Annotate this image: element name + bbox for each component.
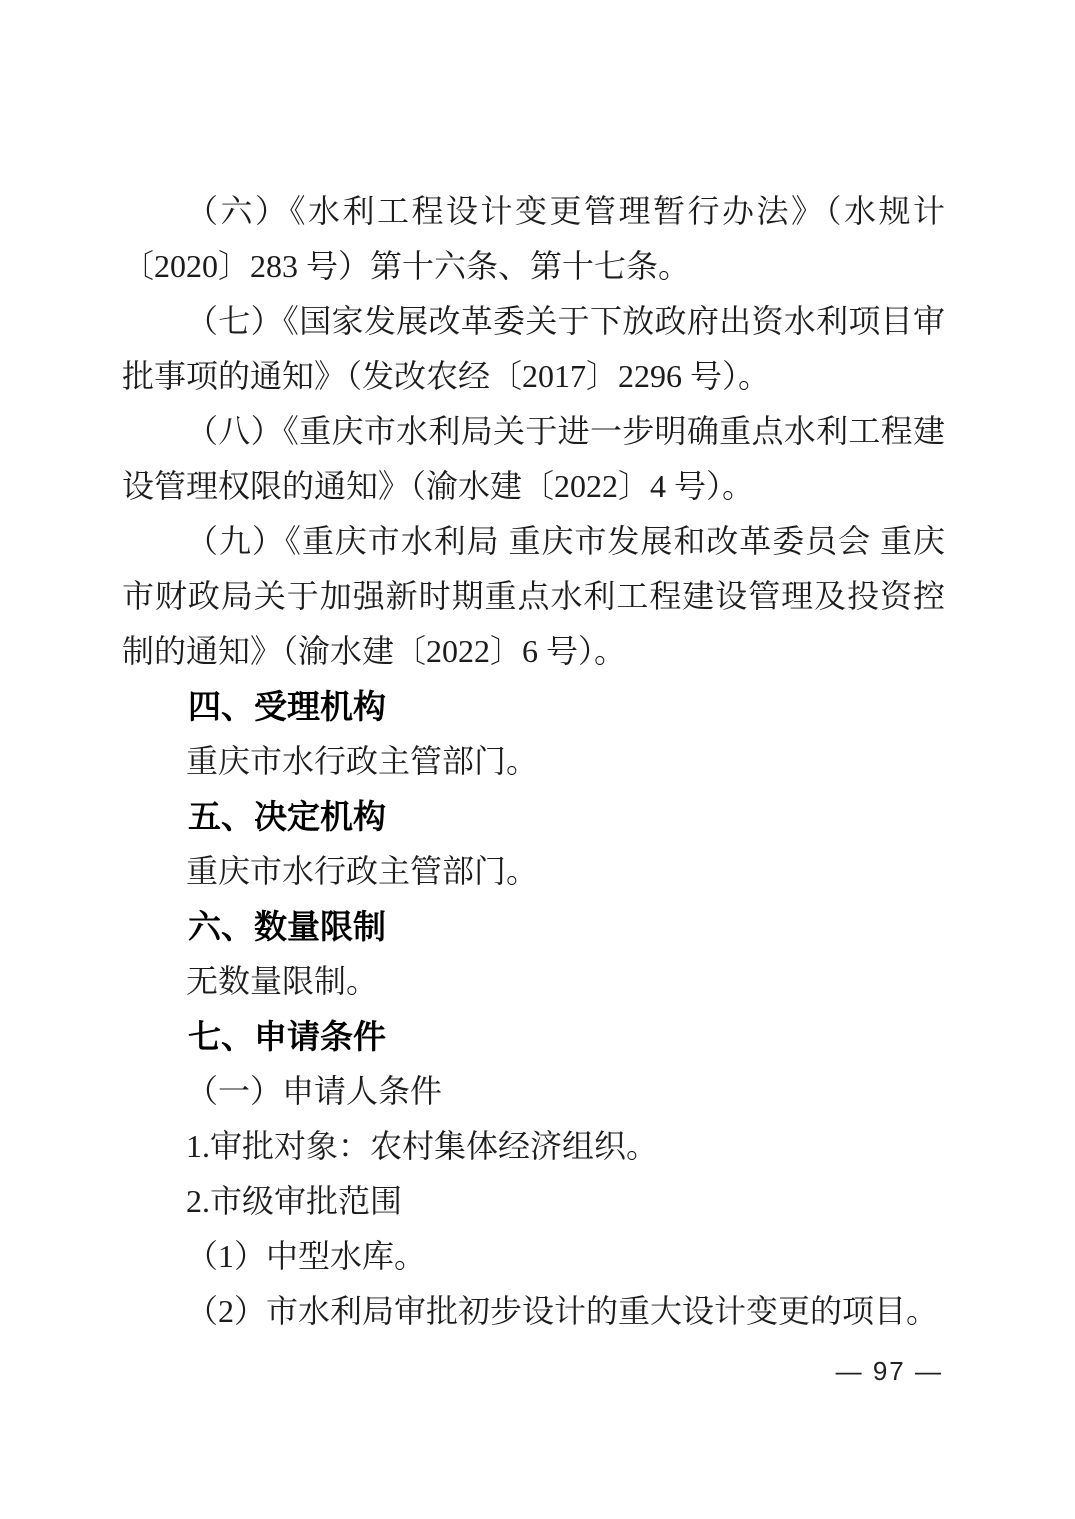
section-heading-accepting-org: 四、受理机构: [122, 679, 945, 734]
paragraph-quantity-limit: 无数量限制。: [122, 954, 945, 1009]
document-body: （六）《水利工程设计变更管理暂行办法》（水规计〔2020〕283 号）第十六条、…: [122, 184, 945, 1339]
page-number: — 97 —: [836, 1356, 943, 1386]
paragraph-approval-target: 1.审批对象：农村集体经济组织。: [122, 1119, 945, 1174]
section-heading-application-conditions: 七、申请条件: [122, 1009, 945, 1064]
paragraph-city-approval-scope: 2.市级审批范围: [122, 1174, 945, 1229]
paragraph-scope-item-1: （1）中型水库。: [122, 1229, 945, 1284]
paragraph-item-6: （六）《水利工程设计变更管理暂行办法》（水规计〔2020〕283 号）第十六条、…: [122, 184, 945, 294]
document-page: （六）《水利工程设计变更管理暂行办法》（水规计〔2020〕283 号）第十六条、…: [0, 0, 1075, 1519]
paragraph-deciding-org: 重庆市水行政主管部门。: [122, 844, 945, 899]
paragraph-applicant-conditions: （一）申请人条件: [122, 1064, 945, 1119]
paragraph-item-8: （八）《重庆市水利局关于进一步明确重点水利工程建设管理权限的通知》（渝水建〔20…: [122, 404, 945, 514]
paragraph-item-9: （九）《重庆市水利局 重庆市发展和改革委员会 重庆市财政局关于加强新时期重点水利…: [122, 514, 945, 679]
paragraph-accepting-org: 重庆市水行政主管部门。: [122, 734, 945, 789]
section-heading-deciding-org: 五、决定机构: [122, 789, 945, 844]
paragraph-item-7: （七）《国家发展改革委关于下放政府出资水利项目审批事项的通知》（发改农经〔201…: [122, 294, 945, 404]
paragraph-scope-item-2: （2）市水利局审批初步设计的重大设计变更的项目。: [122, 1284, 945, 1339]
section-heading-quantity-limit: 六、数量限制: [122, 899, 945, 954]
